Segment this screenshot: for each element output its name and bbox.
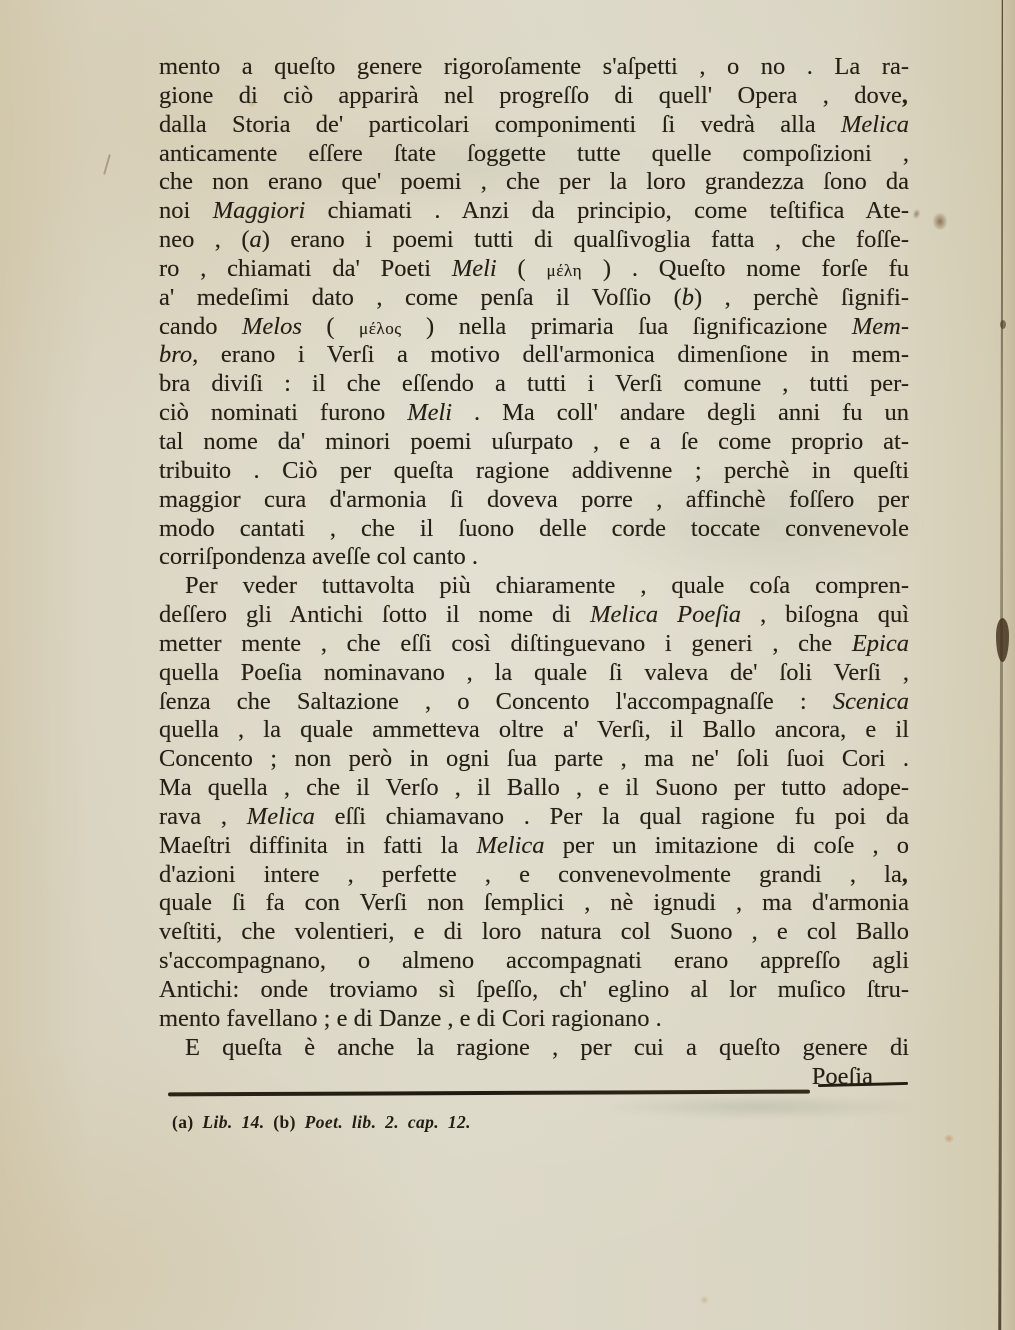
text-line: Per veder tuttavolta più chiaramente , q… — [159, 572, 909, 601]
text-segment: ) . Queſto nome forſe fu — [582, 255, 909, 282]
page-edge-strip — [1003, 0, 1015, 1330]
text-line: quella , la quale ammetteva oltre a' Ver… — [159, 716, 909, 745]
text-segment: ſenza che Saltazione , o Concento l'acco… — [159, 688, 833, 715]
text-segment: dalla Storia de' particolari componiment… — [159, 111, 841, 138]
italic-term: Melica — [247, 803, 315, 830]
text-line: s'accompagnano, o almeno accompagnati er… — [159, 947, 909, 976]
ink-spot — [933, 213, 947, 230]
italic-term: Poet. lib. 2. cap. 12. — [305, 1112, 471, 1132]
text-line: metter mente , che eſſi così diſtingueva… — [159, 630, 909, 659]
text-segment: ) erano i poemi tutti di qualſivoglia fa… — [262, 226, 909, 253]
text-line: E queſta è anche la ragione , per cui a … — [159, 1034, 909, 1063]
text-segment: Maeſtri diffinita in fatti la — [159, 832, 477, 859]
text-segment: . Ma coll' andare degli anni fu un — [452, 399, 909, 426]
italic-term: Meli — [452, 255, 497, 282]
text-segment: (a) — [172, 1112, 202, 1132]
text-segment: mento a queſto genere rigoroſamente s'aſ… — [159, 53, 909, 80]
italic-term: b — [682, 284, 694, 311]
text-line: Maeſtri diffinita in fatti la Melica per… — [159, 832, 909, 861]
italic-term: Meli — [407, 399, 452, 426]
text-line: ſenza che Saltazione , o Concento l'acco… — [159, 688, 909, 717]
italic-term: Melica — [841, 111, 909, 138]
text-line: corriſpondenza aveſſe col canto . — [159, 543, 909, 572]
text-line: dalla Storia de' particolari componiment… — [159, 111, 909, 140]
italic-term: Maggiori — [213, 197, 306, 224]
italic-term: Scenica — [833, 688, 909, 715]
text-segment: Concento ; non però in ogni ſua parte , … — [159, 745, 909, 772]
text-line: noi Maggiori chiamati . Anzi da principi… — [159, 197, 909, 226]
text-line: tribuito . Ciò per queſta ragione addive… — [159, 457, 909, 486]
foxing-spot — [248, 100, 256, 108]
text-segment: bra diviſi : il che eſſendo a tutti i Ve… — [159, 370, 909, 397]
italic-term: Lib. 14. — [202, 1112, 264, 1132]
paper-scratch — [103, 154, 111, 175]
text-segment: noi — [159, 197, 213, 224]
text-segment: quella , la quale ammetteva oltre a' Ver… — [159, 716, 909, 743]
greek-term: μέλος — [359, 319, 402, 338]
text-segment: maggior cura d'armonia ſi doveva porre ,… — [159, 486, 909, 513]
text-line: Ma quella , che il Verſo , il Ballo , e … — [159, 774, 909, 803]
text-segment: gione di ciò apparirà nel progreſſo di q… — [159, 82, 902, 109]
text-segment: ciò nominati furono — [159, 399, 407, 426]
text-segment: metter mente , che eſſi così diſtingueva… — [159, 630, 852, 657]
page-text: mento a queſto genere rigoroſamente s'aſ… — [159, 53, 909, 1063]
italic-term: Melica — [477, 832, 545, 859]
text-segment: ‚ — [902, 861, 909, 888]
ink-spot — [912, 208, 922, 220]
text-segment: ( — [302, 313, 359, 340]
text-segment: veſtiti, che volentieri, e di loro natur… — [159, 918, 909, 945]
text-segment: erano i Verſi a motivo dell'armonica dim… — [198, 341, 909, 368]
text-line: modo cantati , che il ſuono delle corde … — [159, 515, 909, 544]
text-segment: Ma quella , che il Verſo , il Ballo , e … — [159, 774, 909, 801]
text-segment: quale ſi fa con Verſi non ſemplici , nè … — [159, 889, 909, 916]
text-line: quella Poeſia nominavano , la quale ſi v… — [159, 659, 909, 688]
text-segment: , biſogna quì — [741, 601, 909, 628]
text-line: ro , chiamati da' Poeti Meli ( μέλη ) . … — [159, 255, 909, 284]
text-line: deſſero gli Antichi ſotto il nome di Mel… — [159, 601, 909, 630]
text-segment: tal nome da' minori poemi uſurpato , e a… — [159, 428, 909, 455]
book-page-scan: mento a queſto genere rigoroſamente s'aſ… — [0, 0, 1015, 1330]
catchword-container: Poeſia — [159, 1063, 909, 1092]
text-segment: che non erano que' poemi , che per la lo… — [159, 168, 909, 195]
text-line: maggior cura d'armonia ſi doveva porre ,… — [159, 486, 909, 515]
text-line: Antichi: onde troviamo sì ſpeſſo, ch' eg… — [159, 976, 909, 1005]
text-segment: s'accompagnano, o almeno accompagnati er… — [159, 947, 909, 974]
text-line: ciò nominati furono Meli . Ma coll' anda… — [159, 399, 909, 428]
text-line: gione di ciò apparirà nel progreſſo di q… — [159, 82, 909, 111]
text-segment: anticamente eſſere ſtate ſoggette tutte … — [159, 140, 909, 167]
text-line: Concento ; non però in ogni ſua parte , … — [159, 745, 909, 774]
italic-term: Melos — [242, 313, 302, 340]
text-line: rava , Melica eſſi chiamavano . Per la q… — [159, 803, 909, 832]
text-segment: rava , — [159, 803, 247, 830]
text-line: veſtiti, che volentieri, e di loro natur… — [159, 918, 909, 947]
text-segment: deſſero gli Antichi ſotto il nome di — [159, 601, 590, 628]
text-segment: corriſpondenza aveſſe col canto . — [159, 543, 478, 570]
text-line: mento a queſto genere rigoroſamente s'aſ… — [159, 53, 909, 82]
text-segment: Antichi: onde troviamo sì ſpeſſo, ch' eg… — [159, 976, 909, 1003]
text-segment: Per veder tuttavolta più chiaramente , q… — [185, 572, 909, 599]
text-line: quale ſi fa con Verſi non ſemplici , nè … — [159, 889, 909, 918]
text-segment: chiamati . Anzi da principio, come teſti… — [305, 197, 909, 224]
text-line: tal nome da' minori poemi uſurpato , e a… — [159, 428, 909, 457]
text-segment: neo , ( — [159, 226, 250, 253]
text-line: bra diviſi : il che eſſendo a tutti i Ve… — [159, 370, 909, 399]
italic-term: Epica — [852, 630, 909, 657]
text-line: mento favellano ; e di Danze , e di Cori… — [159, 1005, 909, 1034]
italic-term: bro, — [159, 341, 198, 368]
text-segment: ) , perchè ſignifi- — [694, 284, 909, 311]
text-segment: a' medeſimi dato , come penſa il Voſſio … — [159, 284, 682, 311]
text-segment: modo cantati , che il ſuono delle corde … — [159, 515, 909, 542]
italic-term: a — [250, 226, 262, 253]
text-segment: per un imitazione di coſe , o — [545, 832, 909, 859]
edge-ink-blob — [1000, 320, 1006, 329]
italic-term: Melica Poeſia — [590, 601, 741, 628]
text-line: neo , (a) erano i poemi tutti di qualſiv… — [159, 226, 909, 255]
footnote: (a) Lib. 14. (b) Poet. lib. 2. cap. 12. — [172, 1112, 792, 1133]
text-segment: ‚ — [902, 82, 909, 109]
text-line: anticamente eſſere ſtate ſoggette tutte … — [159, 140, 909, 169]
text-segment: tribuito . Ciò per queſta ragione addive… — [159, 457, 909, 484]
foxing-spot — [700, 1296, 709, 1304]
text-line: a' medeſimi dato , come penſa il Voſſio … — [159, 284, 909, 313]
italic-term: Mem- — [852, 313, 909, 340]
text-segment: (b) — [265, 1112, 305, 1132]
text-segment: ( — [497, 255, 547, 282]
text-segment: eſſi chiamavano . Per la qual ragione fu… — [315, 803, 909, 830]
catchword: Poeſia — [159, 1063, 909, 1092]
greek-term: μέλη — [547, 261, 583, 280]
text-segment: ro , chiamati da' Poeti — [159, 255, 452, 282]
text-segment: cando — [159, 313, 242, 340]
foxing-spot — [944, 1134, 954, 1143]
text-segment: ) nella primaria ſua ſignificazione — [402, 313, 852, 340]
text-segment: E queſta è anche la ragione , per cui a … — [185, 1034, 909, 1061]
text-line: cando Melos ( μέλος ) nella primaria ſua… — [159, 313, 909, 342]
text-segment: quella Poeſia nominavano , la quale ſi v… — [159, 659, 909, 686]
text-line: che non erano que' poemi , che per la lo… — [159, 168, 909, 197]
text-segment: d'azioni intere , perfette , e convenevo… — [159, 861, 902, 888]
text-segment: mento favellano ; e di Danze , e di Cori… — [159, 1005, 662, 1032]
text-line: d'azioni intere , perfette , e convenevo… — [159, 861, 909, 890]
text-line: bro, erano i Verſi a motivo dell'armonic… — [159, 341, 909, 370]
